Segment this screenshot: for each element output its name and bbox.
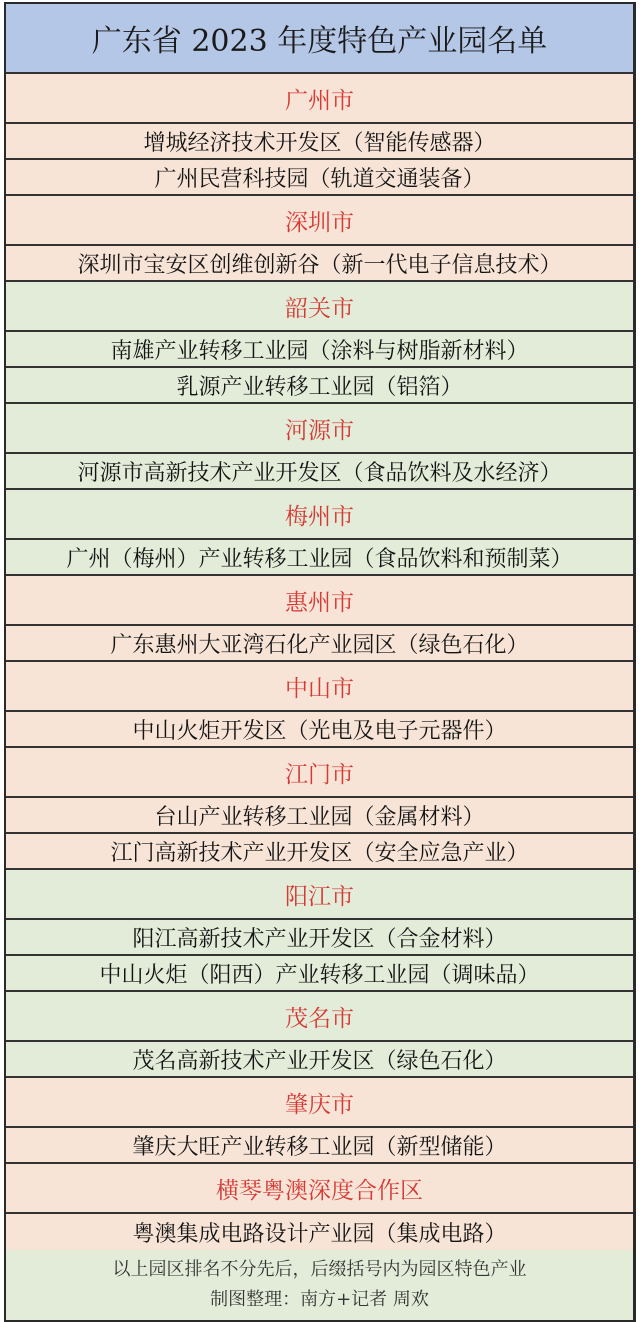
- park-row: 河源市高新技术产业开发区（食品饮料及水经济）: [6, 454, 633, 490]
- city-header: 惠州市: [6, 576, 633, 626]
- city-header: 横琴粤澳深度合作区: [6, 1164, 633, 1214]
- city-header: 深圳市: [6, 196, 633, 246]
- city-header: 肇庆市: [6, 1078, 633, 1128]
- city-header: 韶关市: [6, 282, 633, 332]
- park-row: 粤澳集成电路设计产业园（集成电路）: [6, 1214, 633, 1250]
- footer-credit: 制图整理：南方+记者 周欢: [210, 1285, 429, 1309]
- park-row: 中山火炬（阳西）产业转移工业园（调味品）: [6, 956, 633, 992]
- park-row: 南雄产业转移工业园（涂料与树脂新材料）: [6, 332, 633, 368]
- park-row: 肇庆大旺产业转移工业园（新型储能）: [6, 1128, 633, 1164]
- park-row: 茂名高新技术产业开发区（绿色石化）: [6, 1042, 633, 1078]
- park-row: 中山火炬开发区（光电及电子元器件）: [6, 712, 633, 748]
- park-list-table: 广东省 2023 年度特色产业园名单 广州市增城经济技术开发区（智能传感器）广州…: [4, 2, 636, 1309]
- table-title: 广东省 2023 年度特色产业园名单: [6, 4, 633, 74]
- city-header: 阳江市: [6, 870, 633, 920]
- city-header: 中山市: [6, 662, 633, 712]
- park-row: 广州（梅州）产业转移工业园（食品饮料和预制菜）: [6, 540, 633, 576]
- footer: 以上园区排名不分先后，后缀括号内为园区特色产业 制图整理：南方+记者 周欢: [6, 1250, 633, 1309]
- city-header: 梅州市: [6, 490, 633, 540]
- park-row: 阳江高新技术产业开发区（合金材料）: [6, 920, 633, 956]
- park-row: 乳源产业转移工业园（铝箔）: [6, 368, 633, 404]
- city-header: 广州市: [6, 74, 633, 124]
- city-header: 茂名市: [6, 992, 633, 1042]
- park-row: 深圳市宝安区创维创新谷（新一代电子信息技术）: [6, 246, 633, 282]
- park-row: 广东惠州大亚湾石化产业园区（绿色石化）: [6, 626, 633, 662]
- park-row: 广州民营科技园（轨道交通装备）: [6, 160, 633, 196]
- park-row: 江门高新技术产业开发区（安全应急产业）: [6, 834, 633, 870]
- city-header: 江门市: [6, 748, 633, 798]
- city-header: 河源市: [6, 404, 633, 454]
- park-row: 增城经济技术开发区（智能传感器）: [6, 124, 633, 160]
- park-row: 台山产业转移工业园（金属材料）: [6, 798, 633, 834]
- footer-note: 以上园区排名不分先后，后缀括号内为园区特色产业: [113, 1255, 527, 1285]
- sections-container: 广州市增城经济技术开发区（智能传感器）广州民营科技园（轨道交通装备）深圳市深圳市…: [6, 74, 633, 1250]
